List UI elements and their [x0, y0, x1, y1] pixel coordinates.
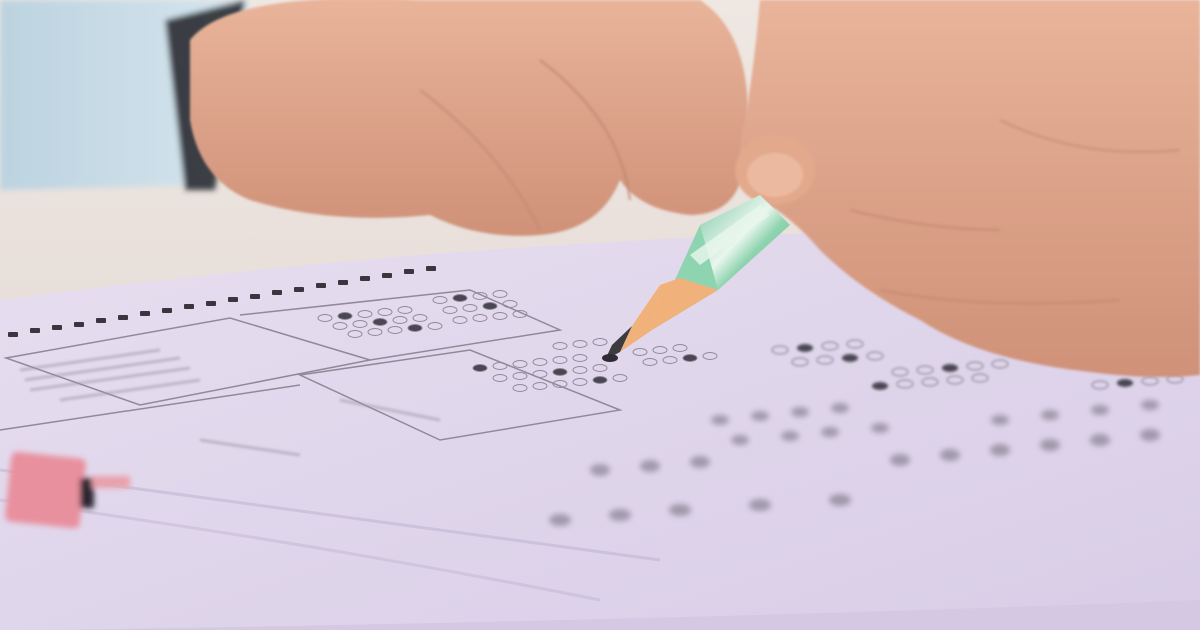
filled-bubble-at-tip — [602, 354, 618, 362]
photo-illustration — [0, 0, 1200, 630]
photo-scene — [0, 0, 1200, 630]
left-hand — [190, 0, 748, 236]
